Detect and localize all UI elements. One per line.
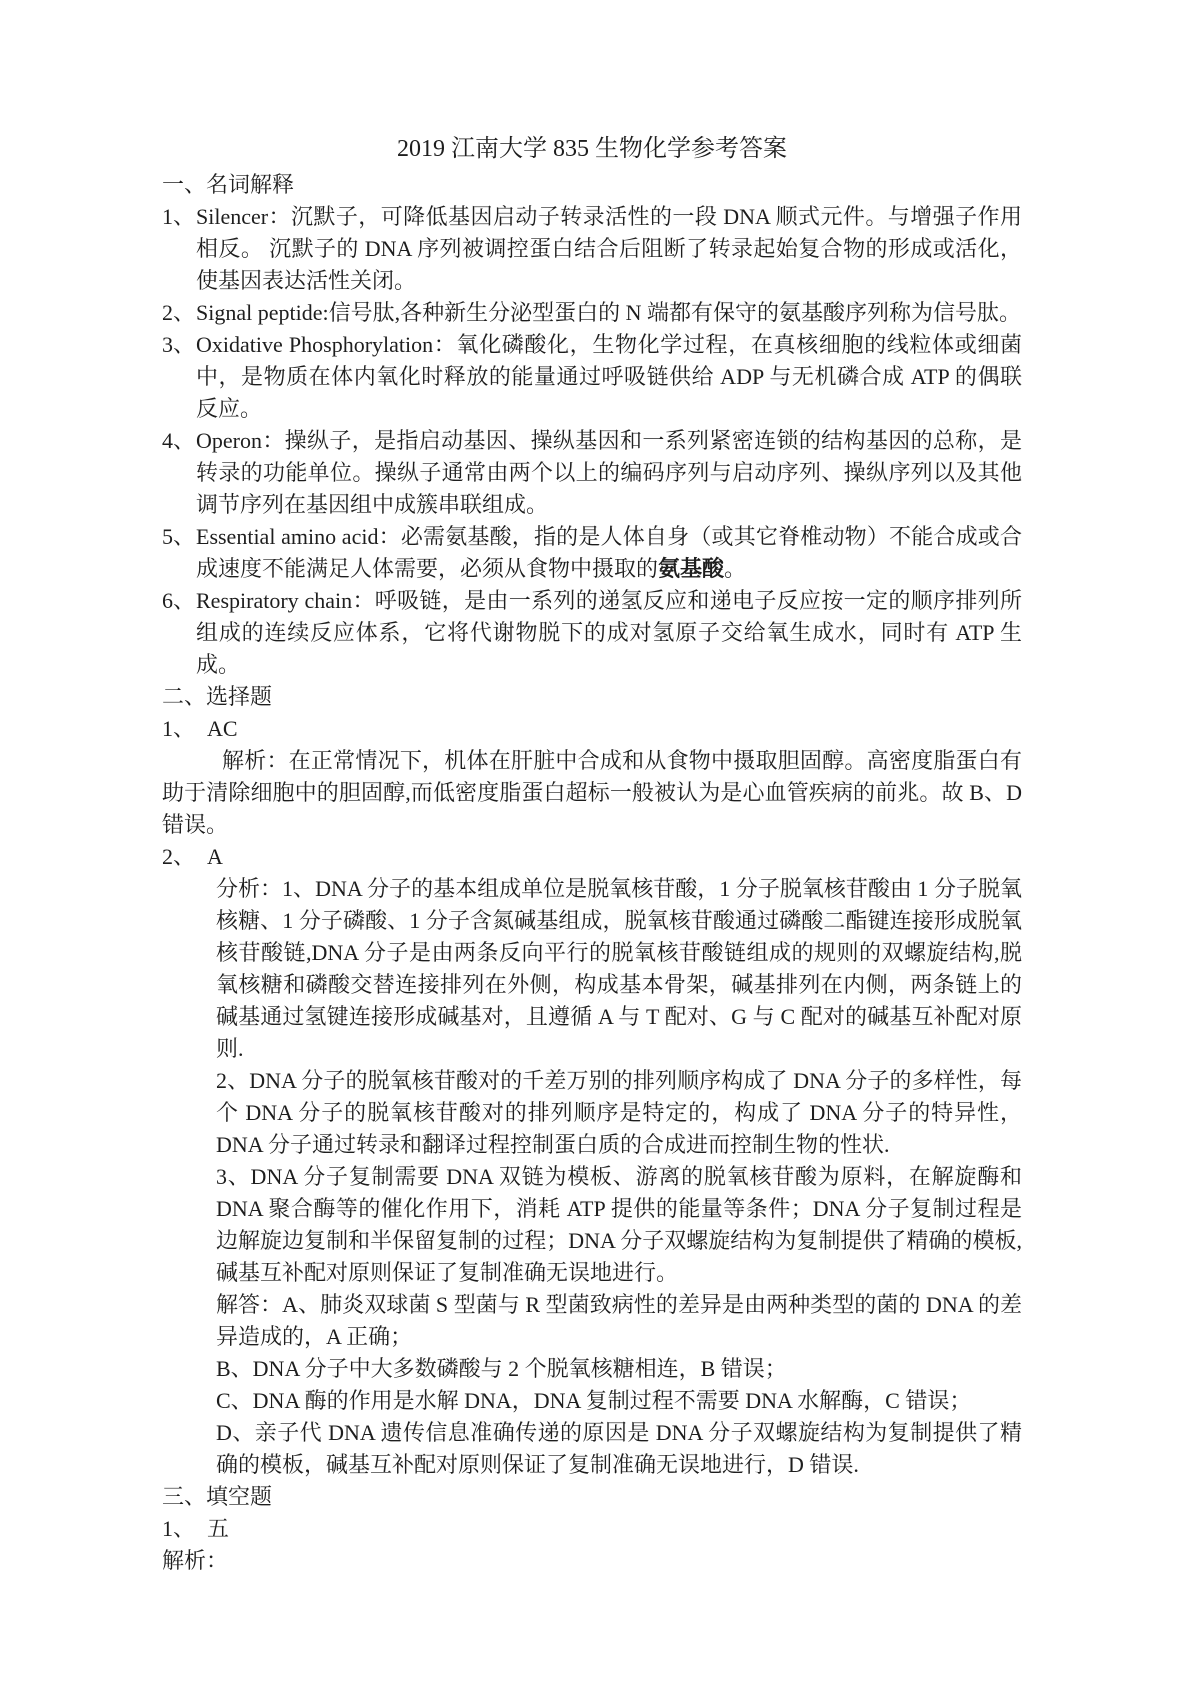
term-item-1: 1、 Silencer：沉默子，可降低基因启动子转录活性的一段 DNA 顺式元件… bbox=[162, 201, 1022, 297]
term-item-4: 4、 Operon：操纵子，是指启动基因、操纵基因和一系列紧密连锁的结构基因的总… bbox=[162, 425, 1022, 521]
term-item-1-marker: 1、 bbox=[162, 201, 196, 297]
choice-q2-marker: 2、 bbox=[162, 841, 207, 873]
choice-q1-analysis: 解析：在正常情况下，机体在肝脏中合成和从食物中摄取胆固醇。高密度脂蛋白有助于清除… bbox=[162, 745, 1022, 841]
choice-q2-answer: A bbox=[207, 841, 1022, 873]
term-item-5-marker: 5、 bbox=[162, 521, 196, 585]
term-item-5-text-before: Essential amino acid：必需氨基酸，指的是人体自身（或其它脊椎… bbox=[196, 524, 1022, 581]
choice-q2-analysis-paragraph-6: C、DNA 酶的作用是水解 DNA，DNA 复制过程不需要 DNA 水解酶，C … bbox=[216, 1385, 1022, 1417]
term-item-3: 3、 Oxidative Phosphorylation：氧化磷酸化，生物化学过… bbox=[162, 329, 1022, 425]
choice-q2-analysis-paragraph-4: 解答：A、肺炎双球菌 S 型菌与 R 型菌致病性的差异是由两种类型的菌的 DNA… bbox=[216, 1289, 1022, 1353]
section-1-heading: 一、名词解释 bbox=[162, 169, 1022, 201]
choice-q2-analysis-paragraph-1: 分析：1、DNA 分子的基本组成单位是脱氧核苷酸，1 分子脱氧核苷酸由 1 分子… bbox=[216, 873, 1022, 1065]
fill-q1-analysis-label: 解析： bbox=[162, 1545, 1022, 1577]
term-item-1-text: Silencer：沉默子，可降低基因启动子转录活性的一段 DNA 顺式元件。与增… bbox=[196, 201, 1022, 297]
choice-q2-analysis-paragraph-3: 3、DNA 分子复制需要 DNA 双链为模板、游离的脱氧核苷酸为原料，在解旋酶和… bbox=[216, 1161, 1022, 1289]
term-item-6: 6、 Respiratory chain：呼吸链，是由一系列的递氢反应和递电子反… bbox=[162, 585, 1022, 681]
fill-q1-marker: 1、 bbox=[162, 1513, 207, 1545]
term-item-4-text: Operon：操纵子，是指启动基因、操纵基因和一系列紧密连锁的结构基因的总称，是… bbox=[196, 425, 1022, 521]
choice-q2-analysis-paragraph-5: B、DNA 分子中大多数磷酸与 2 个脱氧核糖相连，B 错误； bbox=[216, 1353, 1022, 1385]
term-item-5-text-bold: 氨基酸 bbox=[658, 556, 724, 581]
choice-q1-marker: 1、 bbox=[162, 713, 207, 745]
term-item-5: 5、 Essential amino acid：必需氨基酸，指的是人体自身（或其… bbox=[162, 521, 1022, 585]
document-content: 2019 江南大学 835 生物化学参考答案 一、名词解释 1、 Silence… bbox=[162, 133, 1022, 1577]
document-title: 2019 江南大学 835 生物化学参考答案 bbox=[162, 133, 1022, 165]
fill-q1-answer-row: 1、 五 bbox=[162, 1513, 1022, 1545]
section-3-heading: 三、填空题 bbox=[162, 1481, 1022, 1513]
term-item-6-text: Respiratory chain：呼吸链，是由一系列的递氢反应和递电子反应按一… bbox=[196, 585, 1022, 681]
term-item-4-marker: 4、 bbox=[162, 425, 196, 521]
term-item-2-marker: 2、 bbox=[162, 297, 196, 329]
term-item-5-text-after: 。 bbox=[724, 556, 746, 581]
choice-q2-analysis-paragraph-7: D、亲子代 DNA 遗传信息准确传递的原因是 DNA 分子双螺旋结构为复制提供了… bbox=[216, 1417, 1022, 1481]
choice-q1-answer-row: 1、 AC bbox=[162, 713, 1022, 745]
term-item-5-text: Essential amino acid：必需氨基酸，指的是人体自身（或其它脊椎… bbox=[196, 521, 1022, 585]
document-page: 2019 江南大学 835 生物化学参考答案 一、名词解释 1、 Silence… bbox=[0, 0, 1190, 1683]
fill-q1-answer: 五 bbox=[207, 1513, 1022, 1545]
term-item-2: 2、 Signal peptide:信号肽,各种新生分泌型蛋白的 N 端都有保守… bbox=[162, 297, 1022, 329]
choice-q1-answer: AC bbox=[207, 713, 1022, 745]
section-2-heading: 二、选择题 bbox=[162, 681, 1022, 713]
choice-q2-analysis-block: 分析：1、DNA 分子的基本组成单位是脱氧核苷酸，1 分子脱氧核苷酸由 1 分子… bbox=[216, 873, 1022, 1481]
choice-q2-answer-row: 2、 A bbox=[162, 841, 1022, 873]
term-item-6-marker: 6、 bbox=[162, 585, 196, 681]
choice-q2-analysis-paragraph-2: 2、DNA 分子的脱氧核苷酸对的千差万别的排列顺序构成了 DNA 分子的多样性，… bbox=[216, 1065, 1022, 1161]
term-item-2-text: Signal peptide:信号肽,各种新生分泌型蛋白的 N 端都有保守的氨基… bbox=[196, 297, 1022, 329]
term-item-3-text: Oxidative Phosphorylation：氧化磷酸化，生物化学过程，在… bbox=[196, 329, 1022, 425]
term-item-3-marker: 3、 bbox=[162, 329, 196, 425]
